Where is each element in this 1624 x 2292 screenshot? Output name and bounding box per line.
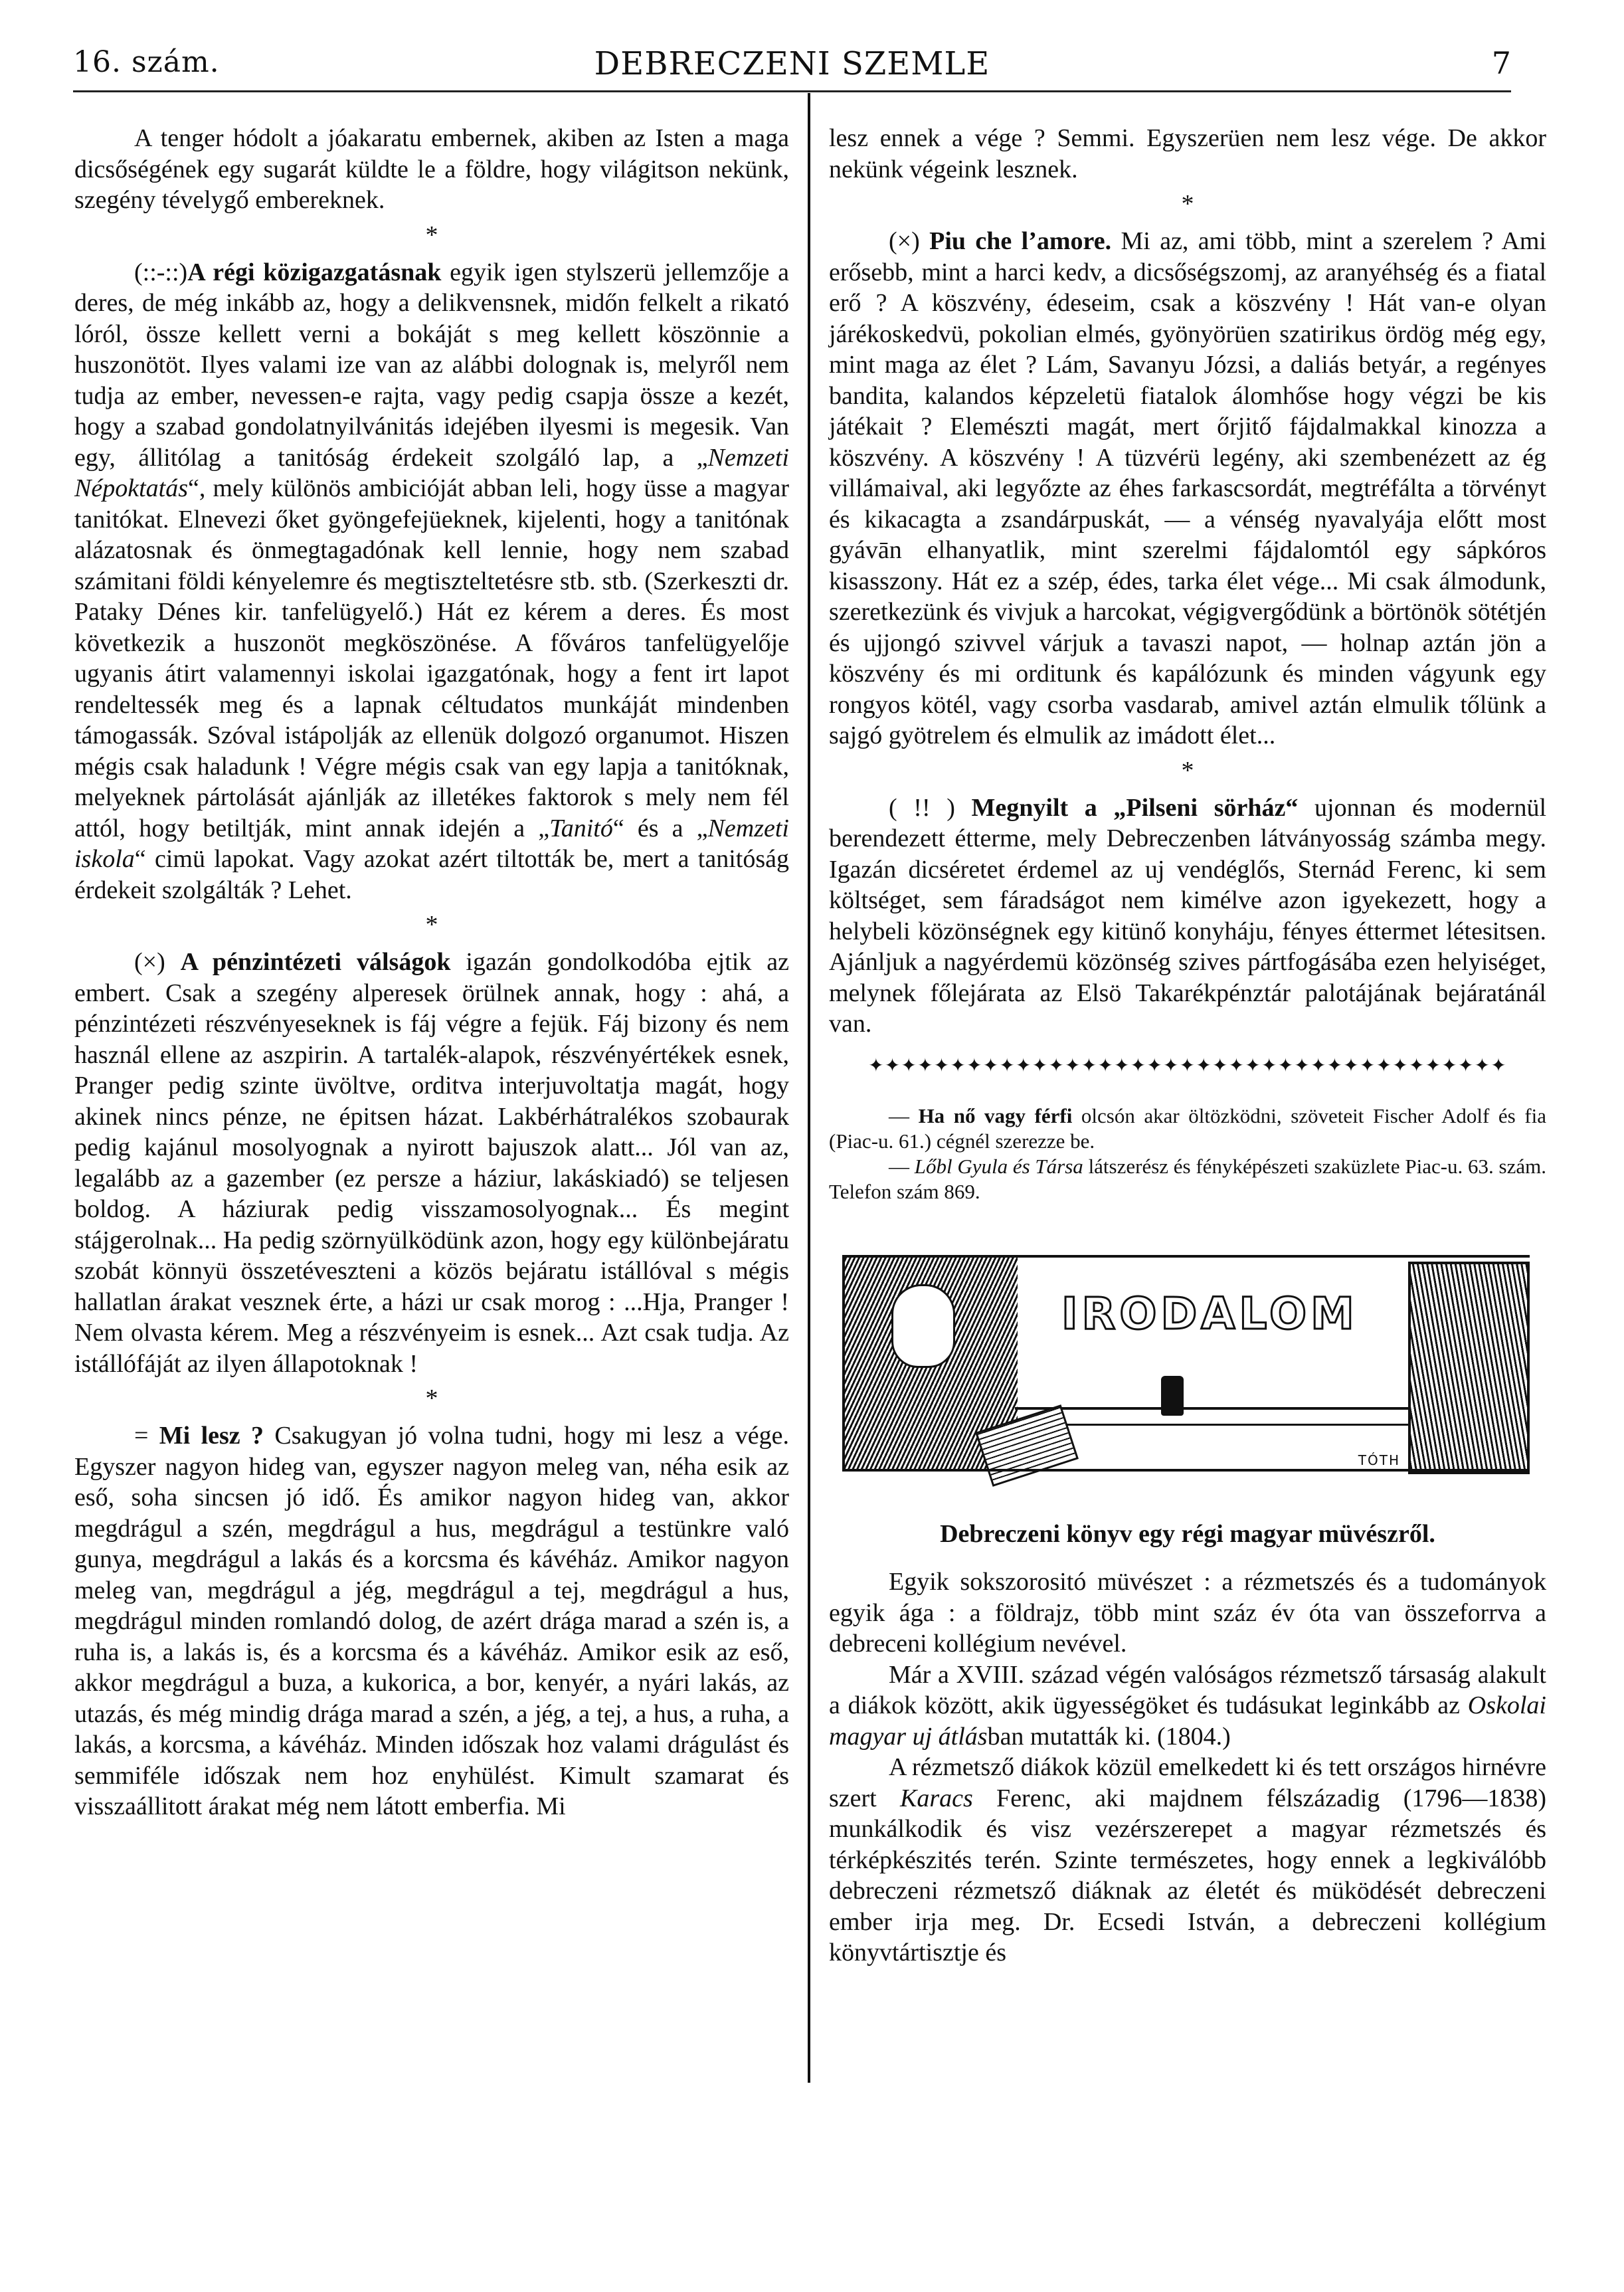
article-paragraph: A rézmetsző diákok közül emelkedett ki é… xyxy=(829,1752,1546,1968)
desk-line xyxy=(1015,1424,1413,1426)
article-text: Csakugyan jó volna tudni, hogy mi lesz a… xyxy=(74,1422,789,1820)
page-number: 7 xyxy=(1492,45,1511,81)
article-heading: A régi közigazgatásnak xyxy=(187,258,441,286)
article-marker: = xyxy=(134,1422,148,1450)
column-divider xyxy=(808,93,810,2083)
section-separator: * xyxy=(74,220,789,250)
article-paragraph: A tenger hódolt a jóakaratu embernek, ak… xyxy=(74,123,789,216)
frame-bottom-line xyxy=(842,1469,1530,1472)
article-paragraph: Már a XVIII. század végén valóságos rézm… xyxy=(829,1660,1546,1753)
section-separator: * xyxy=(74,1383,789,1414)
publication-title: Tanitó xyxy=(549,814,613,842)
article-kozigazgatas: (::-::)A régi közigazgatásnak egyik igen… xyxy=(74,257,789,906)
left-column: A tenger hódolt a jóakaratu embernek, ak… xyxy=(74,123,789,1822)
ad-business-name: Lőbl Gyula és Társa xyxy=(915,1155,1083,1178)
article-marker: (::-::) xyxy=(134,258,187,286)
desk-line xyxy=(1015,1407,1413,1410)
article-pilseni-sorhaz: ( !! ) Megnyilt a „Pilseni sörház“ ujonn… xyxy=(829,793,1546,1040)
article-marker: (×) xyxy=(889,227,920,255)
article-text: ujonnan és modernül berendezett étterme,… xyxy=(829,794,1546,1038)
section-title: Debreczeni könyv egy régi magyar müvészr… xyxy=(829,1519,1546,1550)
article-text: Már a XVIII. század végén valóságos rézm… xyxy=(829,1661,1546,1720)
article-marker: ( !! ) xyxy=(889,794,955,822)
article-heading: Piu che l’amore. xyxy=(929,227,1111,255)
ornamental-divider: ✦✦✦✦✦✦✦✦✦✦✦✦✦✦✦✦✦✦✦✦✦✦✦✦✦✦✦✦✦✦✦✦✦✦✦✦✦✦✦ xyxy=(829,1053,1546,1080)
article-piu-che-lamore: (×) Piu che l’amore. Mi az, ami több, mi… xyxy=(829,226,1546,751)
ad-heading: Ha nő vagy férfi xyxy=(919,1104,1073,1127)
page-header: 16. szám. DEBRECZENI SZEMLE 7 xyxy=(73,40,1511,93)
article-text: “ és a „ xyxy=(613,814,708,842)
article-text: Mi az, ami több, mint a szerelem ? Ami e… xyxy=(829,227,1546,749)
bookshelf-icon xyxy=(1408,1262,1530,1474)
ad-dash: — xyxy=(889,1104,919,1127)
inkwell-icon xyxy=(1161,1376,1184,1416)
irodalom-banner-text: IRODALOM xyxy=(1061,1299,1358,1330)
person-name: Karacs xyxy=(900,1784,973,1812)
artist-signature: TÓTH xyxy=(1358,1445,1400,1476)
article-heading: A pénzintézeti válságok xyxy=(181,948,451,976)
advertisement-lobl: — Lőbl Gyula és Társa látszerész és fény… xyxy=(829,1154,1546,1204)
advertisement-fischer: — Ha nő vagy férfi olcsón akar öltözködn… xyxy=(829,1103,1546,1154)
article-heading: Megnyilt a „Pilseni sörház“ xyxy=(972,794,1299,822)
ad-dash: — xyxy=(889,1155,915,1178)
masthead-title: DEBRECZENI SZEMLE xyxy=(73,45,1511,82)
header-rule xyxy=(73,90,1511,92)
article-text: igazán gondolkodóba ejtik az embert. Csa… xyxy=(74,948,789,1378)
article-marker: (×) xyxy=(134,948,165,976)
article-text: “ cimü lapokat. Vagy azokat azért tiltot… xyxy=(74,845,789,904)
article-paragraph: Egyik sokszorositó müvészet : a rézmetsz… xyxy=(829,1567,1546,1660)
section-separator: * xyxy=(829,755,1546,786)
article-mi-lesz: = Mi lesz ? Csakugyan jó volna tudni, ho… xyxy=(74,1420,789,1822)
article-text: egyik igen stylszerü jellemzője a deres,… xyxy=(74,258,789,472)
face-shape xyxy=(891,1284,955,1368)
section-separator: * xyxy=(829,189,1546,219)
article-continuation: lesz ennek a vége ? Semmi. Egyszerüen ne… xyxy=(829,123,1546,185)
article-heading: Mi lesz ? xyxy=(159,1422,264,1450)
right-column: lesz ennek a vége ? Semmi. Egyszerüen ne… xyxy=(829,123,1546,1968)
irodalom-illustration: IRODALOM TÓTH xyxy=(842,1255,1530,1480)
article-text: “, mely különös ambicióját abban leli, h… xyxy=(74,474,789,842)
section-separator: * xyxy=(74,909,789,940)
article-penzintezeti: (×) A pénzintézeti válságok igazán gondo… xyxy=(74,947,789,1379)
article-text: ban mutatták ki. (1804.) xyxy=(988,1723,1231,1751)
